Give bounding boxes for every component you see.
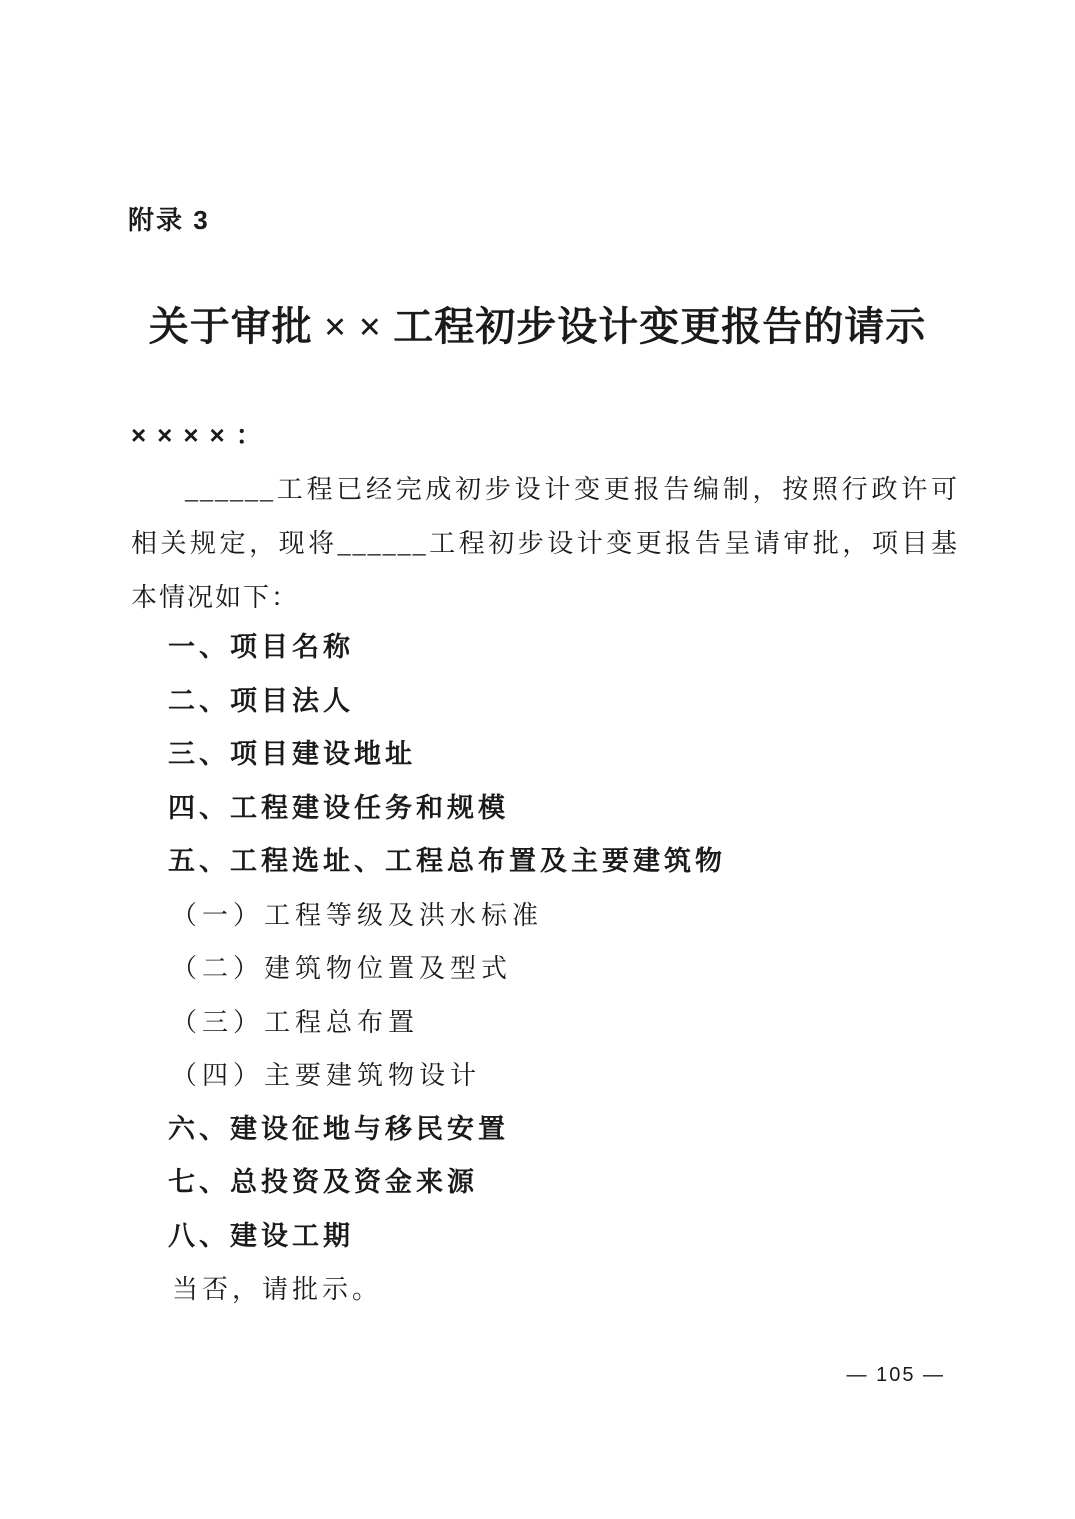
- appendix-label: 附录 3: [128, 200, 210, 237]
- outline-item-3: 三、项目建设地址: [131, 728, 959, 782]
- outline-item-8: 八、建设工期: [131, 1210, 959, 1264]
- document-page: 附录 3 关于审批 × × 工程初步设计变更报告的请示 ××××： ______…: [0, 0, 1075, 1519]
- outline-item-7: 七、总投资及资金来源: [131, 1156, 959, 1210]
- paragraph-line-3: 本情况如下：: [131, 571, 959, 625]
- closing-line: 当否，请批示。: [131, 1263, 959, 1317]
- outline-subitem-5-1: （一）工程等级及洪水标准: [131, 889, 959, 943]
- outline-subitem-5-3: （三）工程总布置: [131, 996, 959, 1050]
- paragraph-line-2: 相关规定，现将______工程初步设计变更报告呈请审批，项目基: [131, 517, 959, 571]
- paragraph-line-1: ______工程已经完成初步设计变更报告编制，按照行政许可: [131, 463, 959, 517]
- outline-item-6: 六、建设征地与移民安置: [131, 1103, 959, 1157]
- page-number: — 105 —: [847, 1364, 945, 1387]
- outline-item-1: 一、项目名称: [131, 621, 959, 675]
- outline-item-2: 二、项目法人: [131, 675, 959, 729]
- document-title: 关于审批 × × 工程初步设计变更报告的请示: [0, 295, 1075, 352]
- salutation-line: ××××：: [131, 415, 273, 452]
- outline-subitem-5-4: （四）主要建筑物设计: [131, 1049, 959, 1103]
- body-paragraph: ______工程已经完成初步设计变更报告编制，按照行政许可 相关规定，现将___…: [131, 463, 959, 625]
- outline-item-4: 四、工程建设任务和规模: [131, 782, 959, 836]
- outline-list: 一、项目名称 二、项目法人 三、项目建设地址 四、工程建设任务和规模 五、工程选…: [131, 621, 959, 1317]
- outline-item-5: 五、工程选址、工程总布置及主要建筑物: [131, 835, 959, 889]
- outline-subitem-5-2: （二）建筑物位置及型式: [131, 942, 959, 996]
